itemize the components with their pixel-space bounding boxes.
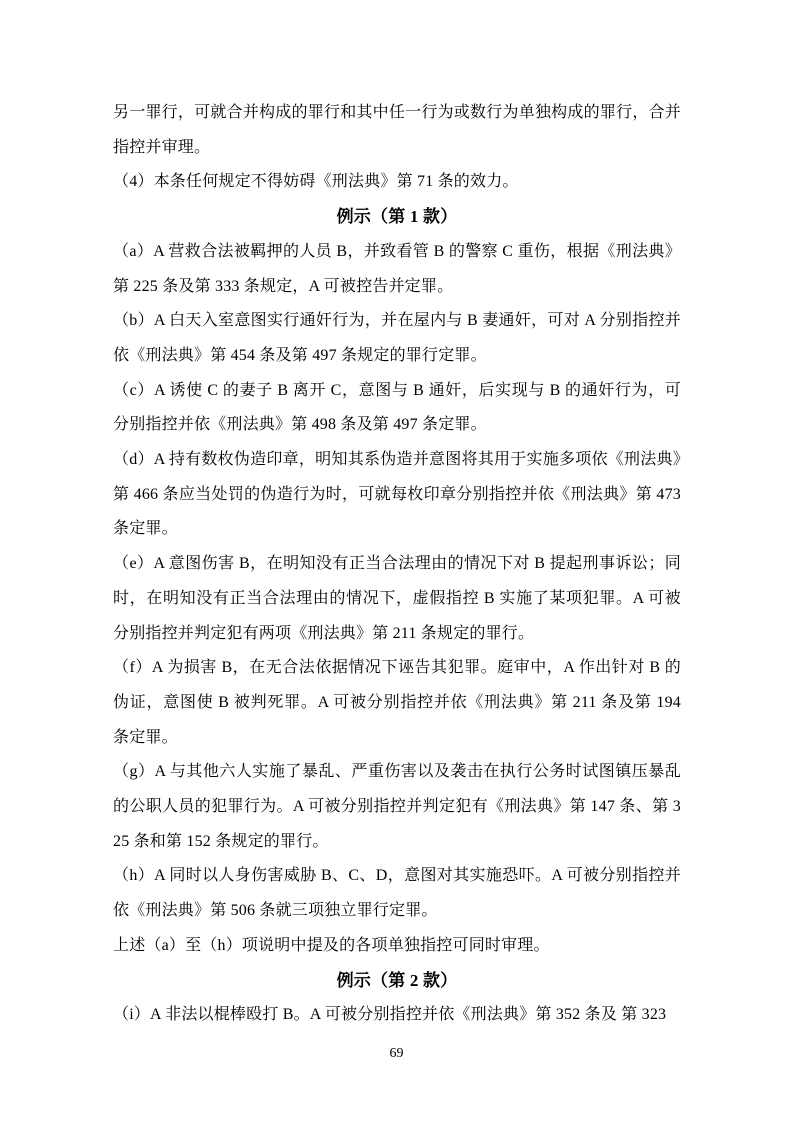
example-paragraph-g: （g）A 与其他六人实施了暴乱、严重伤害以及袭击在执行公务时试图镇压暴乱的公职人… [113,755,681,859]
example-heading-clause-2: 例示（第 2 款） [113,964,681,999]
example-paragraph-d: （d）A 持有数枚伪造印章，明知其系伪造并意图将其用于实施多项依《刑法典》第 4… [113,443,681,547]
example-paragraph-b: （b）A 白天入室意图实行通奸行为，并在屋内与 B 妻通奸，可对 A 分别指控并… [113,304,681,373]
example-paragraph-i: （i）A 非法以棍棒殴打 B。A 可被分别指控并依《刑法典》第 352 条及 第… [113,998,681,1033]
example-paragraph-e: （e）A 意图伤害 B，在明知没有正当合法理由的情况下对 B 提起刑事诉讼；同时… [113,547,681,651]
example-paragraph-c: （c）A 诱使 C 的妻子 B 离开 C，意图与 B 通奸，后实现与 B 的通奸… [113,374,681,443]
example-paragraph-f: （f）A 为损害 B，在无合法依据情况下诬告其犯罪。庭审中，A 作出针对 B 的… [113,651,681,755]
example-summary-paragraph: 上述（a）至（h）项说明中提及的各项单独指控可同时审理。 [113,929,681,964]
page-number: 69 [0,1044,793,1064]
body-paragraph-continuation: 另一罪行，可就合并构成的罪行和其中任一行为或数行为单独构成的罪行，合并指控并审理… [113,96,681,165]
body-paragraph-clause-4: （4）本条任何规定不得妨碍《刑法典》第 71 条的效力。 [113,165,681,200]
document-page: 另一罪行，可就合并构成的罪行和其中任一行为或数行为单独构成的罪行，合并指控并审理… [0,0,793,1122]
example-paragraph-h: （h）A 同时以人身伤害威胁 B、C、D，意图对其实施恐吓。A 可被分别指控并依… [113,859,681,928]
example-heading-clause-1: 例示（第 1 款） [113,200,681,235]
document-body: 另一罪行，可就合并构成的罪行和其中任一行为或数行为单独构成的罪行，合并指控并审理… [113,96,681,1033]
example-paragraph-a: （a）A 营救合法被羁押的人员 B，并致看管 B 的警察 C 重伤，根据《刑法典… [113,235,681,304]
